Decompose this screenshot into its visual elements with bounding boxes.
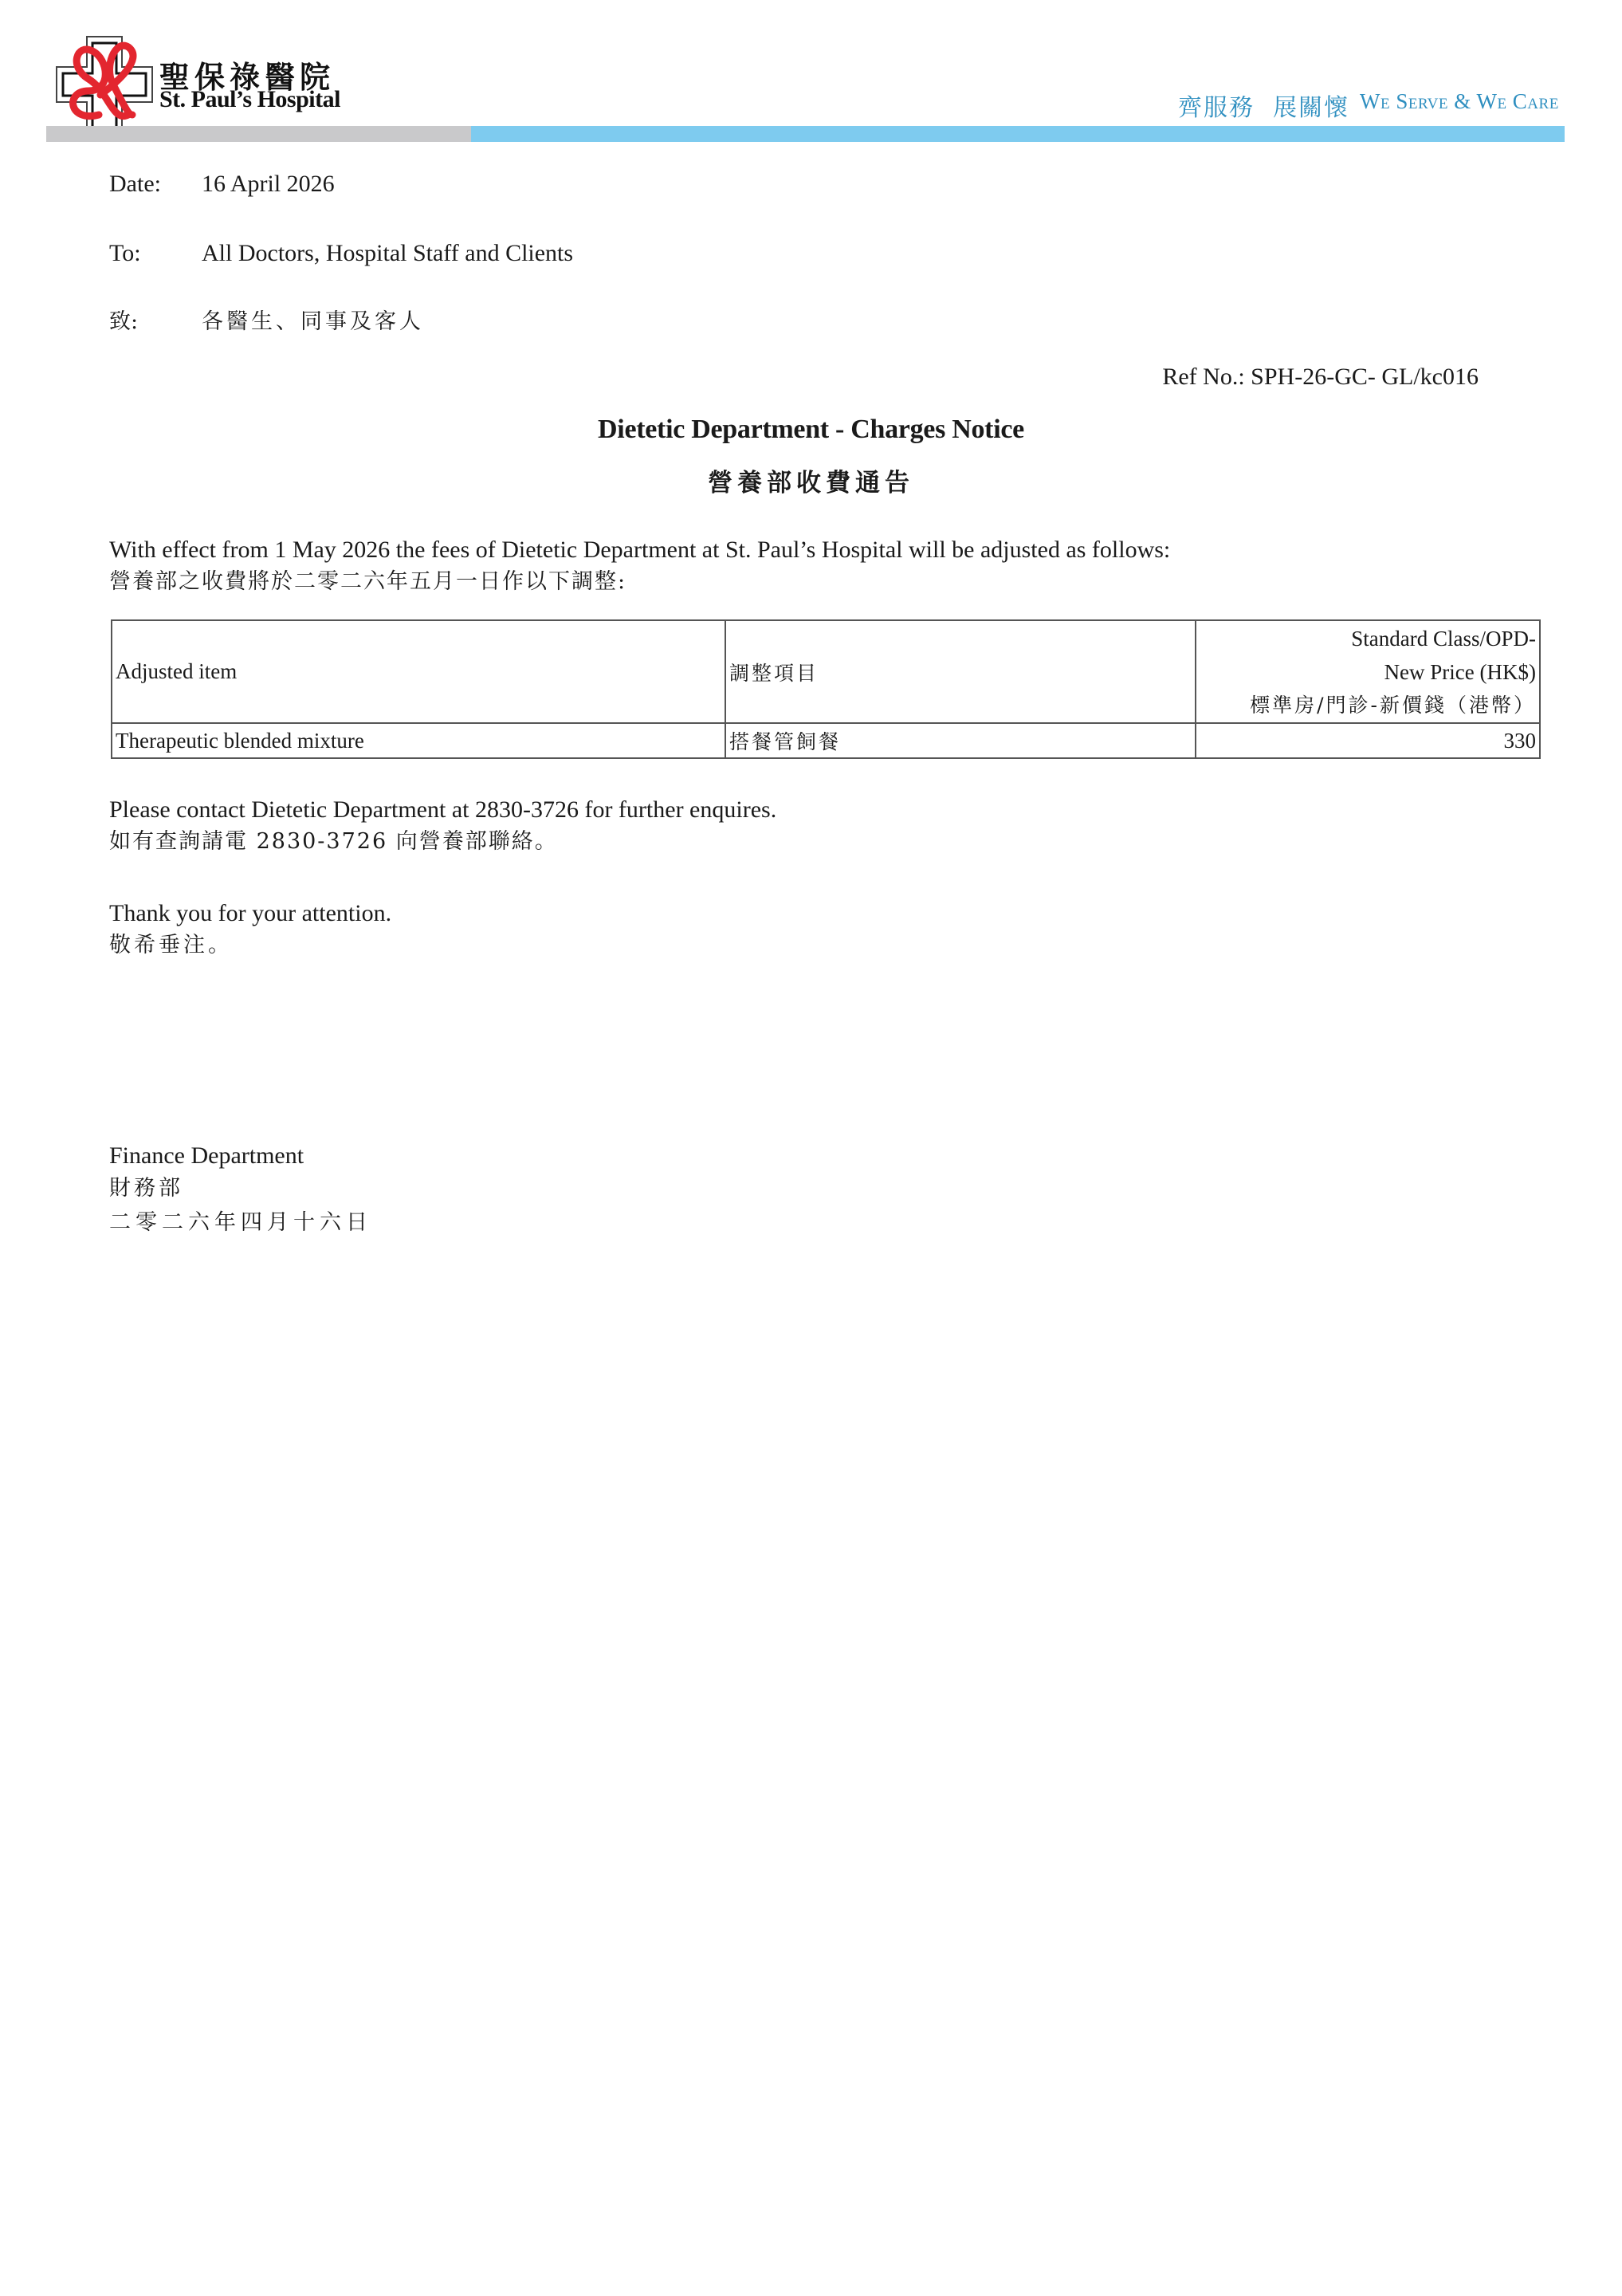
header-price: Standard Class/OPD- New Price (HK$) 標準房/… xyxy=(1196,620,1540,723)
row-item-en: Therapeutic blended mixture xyxy=(112,723,725,758)
intro-en: With effect from 1 May 2026 the fees of … xyxy=(109,536,1170,564)
header-item-en: Adjusted item xyxy=(112,620,725,723)
hospital-logo xyxy=(53,35,156,139)
signature-date-zh: 二零二六年四月十六日 xyxy=(109,1210,372,1236)
intro-zh: 營養部之收費將於二零二六年五月一日作以下調整: xyxy=(109,569,626,595)
table-row: Therapeutic blended mixture 搭餐管飼餐 330 xyxy=(112,723,1540,758)
cross-ribbon-logo-icon xyxy=(53,35,156,139)
header-price-zh: 標準房/門診-新價錢（港幣） xyxy=(1200,689,1536,722)
header-price-line1: Standard Class/OPD- xyxy=(1200,622,1536,655)
header-price-line2: New Price (HK$) xyxy=(1200,655,1536,689)
row-price: 330 xyxy=(1196,723,1540,758)
contact-en: Please contact Dietetic Department at 28… xyxy=(109,796,776,824)
closing-zh: 敬希垂注。 xyxy=(109,933,233,958)
letterhead-bar-blue xyxy=(471,126,1565,142)
hospital-name-en: St. Paul’s Hospital xyxy=(159,86,340,113)
notice-title-zh: 營養部收費通告 xyxy=(0,462,1622,498)
contact-zh: 如有查詢請電 2830-3726 向營養部聯絡。 xyxy=(109,829,558,855)
notice-title-en: Dietetic Department - Charges Notice xyxy=(0,415,1622,445)
letterhead-bar-gray xyxy=(46,126,471,142)
to-label-zh: 致: xyxy=(109,309,138,335)
closing-en: Thank you for your attention. xyxy=(109,899,391,928)
to-value-zh: 各醫生、同事及客人 xyxy=(202,309,424,335)
reference-number: Ref No.: SPH-26-GC- GL/kc016 xyxy=(1162,363,1479,391)
header-item-zh: 調整項目 xyxy=(725,620,1196,723)
fees-table: Adjusted item 調整項目 Standard Class/OPD- N… xyxy=(111,619,1541,759)
row-item-zh: 搭餐管飼餐 xyxy=(725,723,1196,758)
table-header-row: Adjusted item 調整項目 Standard Class/OPD- N… xyxy=(112,620,1540,723)
to-value: All Doctors, Hospital Staff and Clients xyxy=(202,239,573,268)
motto-zh: 齊服務 展關懷 xyxy=(1178,88,1349,123)
to-label: To: xyxy=(109,239,141,268)
signature-dept-en: Finance Department xyxy=(109,1142,304,1170)
date-label: Date: xyxy=(109,170,161,199)
signature-dept-zh: 財務部 xyxy=(109,1176,183,1201)
motto-en: We Serve & We Care xyxy=(1360,89,1559,114)
date-value: 16 April 2026 xyxy=(202,170,335,199)
